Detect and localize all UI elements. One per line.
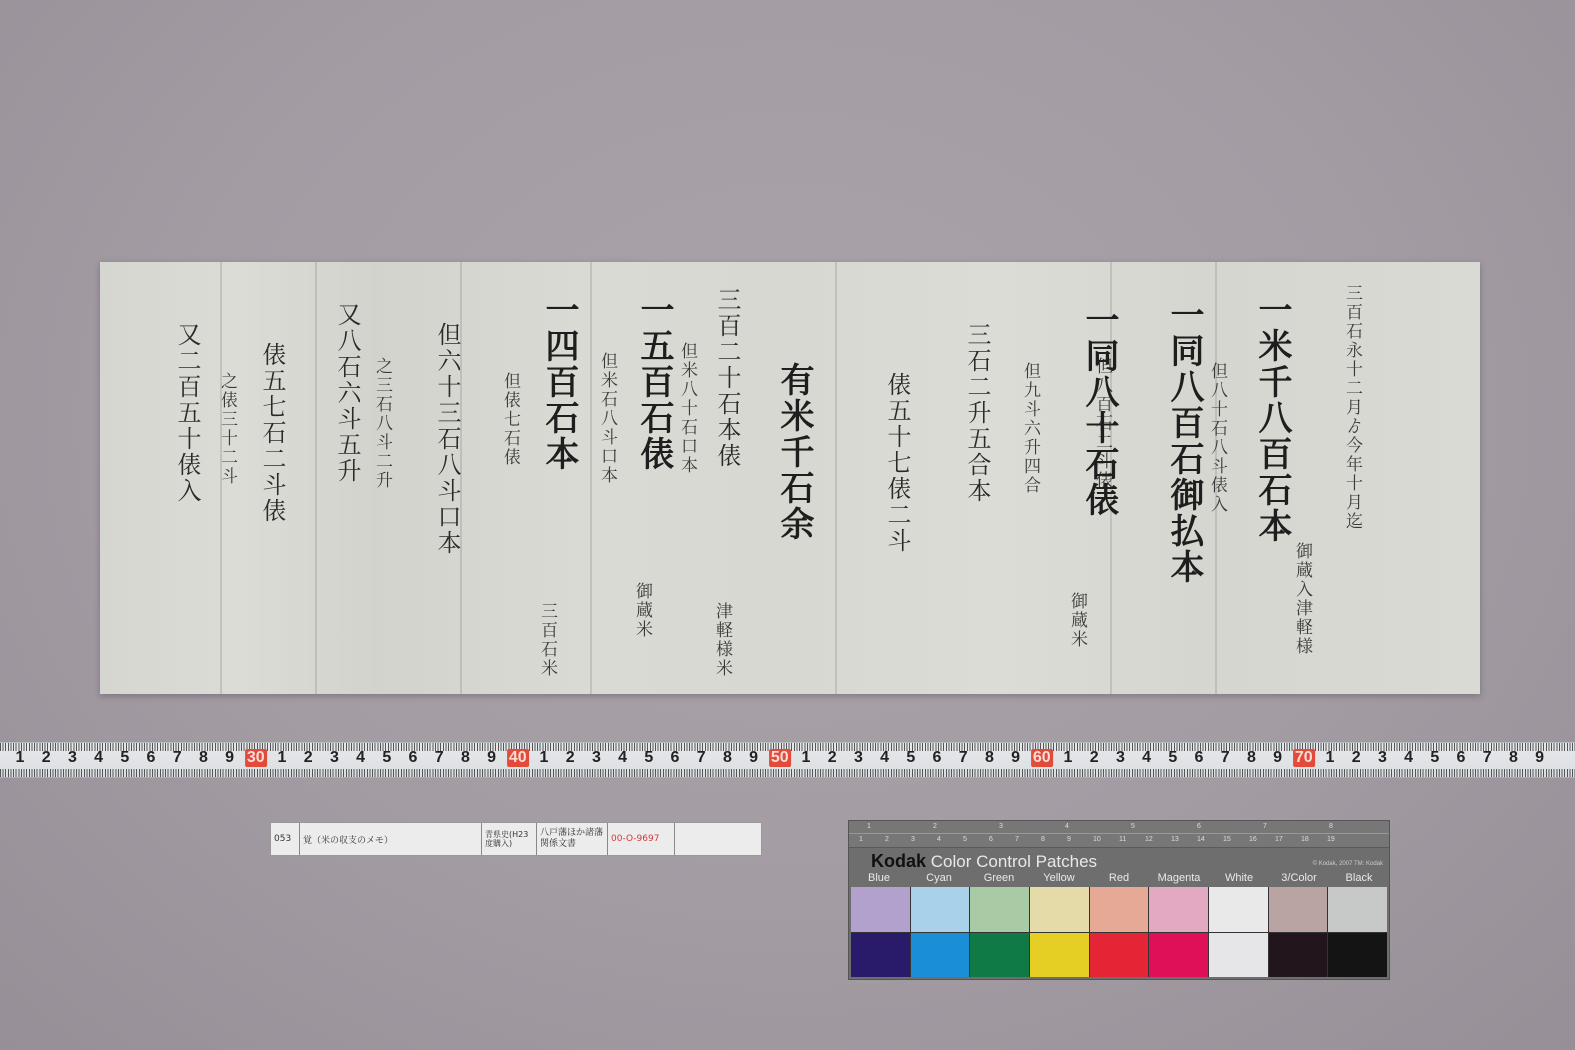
color-patch-blue-light: [851, 887, 910, 932]
color-card-copyright: © Kodak, 2007 TM: Kodak: [1313, 861, 1383, 867]
ruler-number: 7: [173, 749, 182, 767]
ruler-number: 9: [1011, 749, 1020, 767]
ruler-number: 4: [1142, 749, 1151, 767]
ruler-number: 8: [723, 749, 732, 767]
patch-label: Red: [1089, 872, 1149, 886]
catalog-collection: 八戸藩ほか諸藩関係文書: [537, 823, 608, 855]
catalog-id: 00-O-9697: [608, 823, 675, 855]
manuscript-column: 俵五七石二斗俵: [255, 342, 290, 524]
inch-mark: 4: [1065, 823, 1069, 830]
color-patch-yellow-dark: [1030, 933, 1089, 978]
color-patch-white-light: [1209, 887, 1268, 932]
ruler-number: 8: [1509, 749, 1518, 767]
manuscript-column: 之俵三十二斗: [215, 372, 240, 486]
ruler-number: 5: [906, 749, 915, 767]
manuscript-column: 御蔵米: [630, 582, 655, 639]
cm-mark: 5: [963, 836, 967, 843]
measuring-ruler: 1234567893012345678940123456789501234567…: [0, 742, 1575, 778]
ruler-number: 30: [245, 749, 267, 767]
patch-label: Black: [1329, 872, 1389, 886]
color-card-ruler: 1234567812345678910111213141516171819: [849, 821, 1389, 848]
manuscript-column: 三石二升五合本: [960, 322, 995, 504]
color-patch-black-light: [1328, 887, 1387, 932]
ruler-number: 8: [461, 749, 470, 767]
cm-mark: 18: [1301, 836, 1309, 843]
inch-mark: 7: [1263, 823, 1267, 830]
cm-mark: 19: [1327, 836, 1335, 843]
ruler-ticks-bottom: [0, 769, 1575, 777]
ruler-number: 9: [749, 749, 758, 767]
manuscript-column: 三百石永十二月ゟ今年十月迄: [1340, 284, 1365, 531]
manuscript-column: 三百石米: [535, 602, 560, 678]
color-patch-red-light: [1090, 887, 1149, 932]
ruler-number: 4: [356, 749, 365, 767]
ruler-number: 5: [382, 749, 391, 767]
color-patch-cyan-light: [911, 887, 970, 932]
catalog-title: 覚（米の収支のメモ）: [300, 823, 482, 855]
ruler-number: 5: [1430, 749, 1439, 767]
ruler-number: 6: [1457, 749, 1466, 767]
ruler-number: 2: [828, 749, 837, 767]
ruler-number: 9: [225, 749, 234, 767]
inch-mark: 2: [933, 823, 937, 830]
ruler-number: 4: [618, 749, 627, 767]
manuscript-column: 一五百石俵: [630, 292, 679, 472]
manuscript-column: 俵五十七俵二斗: [880, 372, 915, 554]
ruler-number: 9: [1535, 749, 1544, 767]
manuscript-column: 一同八十石俵: [1075, 302, 1124, 518]
ruler-number: 5: [120, 749, 129, 767]
fold-line: [590, 262, 592, 694]
ruler-number: 7: [1221, 749, 1230, 767]
kodak-color-card: 1234567812345678910111213141516171819 Ko…: [848, 820, 1390, 980]
manuscript-column: 但米石八斗口本: [595, 352, 620, 485]
ruler-number: 60: [1031, 749, 1053, 767]
catalog-blank-cell: [675, 823, 761, 855]
cm-mark: 14: [1197, 836, 1205, 843]
patch-label: Green: [969, 872, 1029, 886]
ruler-number: 1: [1064, 749, 1073, 767]
color-patches: [851, 887, 1387, 977]
ruler-number: 8: [199, 749, 208, 767]
color-patch-white-dark: [1209, 933, 1268, 978]
ruler-number: 7: [697, 749, 706, 767]
ruler-number: 7: [1483, 749, 1492, 767]
ruler-number: 8: [1247, 749, 1256, 767]
inch-mark: 1: [867, 823, 871, 830]
ruler-number: 2: [304, 749, 313, 767]
ruler-number: 6: [671, 749, 680, 767]
color-patch-blue-dark: [851, 933, 910, 978]
color-card-title: Kodak Color Control Patches: [871, 851, 1097, 872]
ruler-number: 2: [566, 749, 575, 767]
manuscript-column: 之三石八斗二升: [370, 357, 395, 490]
manuscript-document: 一米千八百石本三百石永十二月ゟ今年十月迄御蔵入津軽様但八十石八斗俵入一同八百石御…: [100, 262, 1480, 694]
inch-mark: 5: [1131, 823, 1135, 830]
inch-mark: 3: [999, 823, 1003, 830]
ruler-number: 3: [1378, 749, 1387, 767]
ruler-number: 1: [802, 749, 811, 767]
ruler-number: 7: [435, 749, 444, 767]
manuscript-column: 但俵七石俵: [498, 372, 523, 467]
ruler-number: 8: [985, 749, 994, 767]
ruler-number: 3: [854, 749, 863, 767]
color-card-subtitle: Color Control Patches: [931, 852, 1097, 871]
ruler-number: 50: [769, 749, 791, 767]
ruler-number: 5: [644, 749, 653, 767]
cm-mark: 12: [1145, 836, 1153, 843]
manuscript-column: 三百二十石本俵: [710, 287, 745, 469]
manuscript-column: 有米千石余: [770, 362, 819, 542]
kodak-brand: Kodak: [871, 851, 926, 871]
inch-mark: 6: [1197, 823, 1201, 830]
manuscript-column: 但六十三石八斗口本: [430, 322, 465, 556]
ruler-number: 4: [1404, 749, 1413, 767]
ruler-number: 1: [16, 749, 25, 767]
patch-label: Yellow: [1029, 872, 1089, 886]
ruler-number: 40: [507, 749, 529, 767]
manuscript-column: 御蔵入津軽様: [1290, 542, 1315, 656]
ruler-number: 6: [147, 749, 156, 767]
ruler-number: 6: [1195, 749, 1204, 767]
color-patch-red-dark: [1090, 933, 1149, 978]
color-patch-green-light: [970, 887, 1029, 932]
color-patch-magenta-dark: [1149, 933, 1208, 978]
cm-mark: 2: [885, 836, 889, 843]
manuscript-column: 又八石六斗五升: [330, 302, 365, 484]
ruler-number: 2: [1090, 749, 1099, 767]
cm-mark: 8: [1041, 836, 1045, 843]
cm-mark: 11: [1119, 836, 1126, 843]
cm-mark: 9: [1067, 836, 1071, 843]
patch-label: 3/Color: [1269, 872, 1329, 886]
color-patch-yellow-light: [1030, 887, 1089, 932]
ruler-number: 6: [933, 749, 942, 767]
inch-mark: 8: [1329, 823, 1333, 830]
cm-mark: 3: [911, 836, 915, 843]
cm-mark: 10: [1093, 836, 1101, 843]
manuscript-column: 津軽様米: [710, 602, 735, 678]
ruler-number: 4: [880, 749, 889, 767]
cm-mark: 1: [859, 836, 863, 843]
fold-line: [315, 262, 317, 694]
patch-label: Blue: [849, 872, 909, 886]
cm-mark: 16: [1249, 836, 1257, 843]
ruler-number: 7: [959, 749, 968, 767]
cm-mark: 17: [1275, 836, 1283, 843]
manuscript-column: 一同八百石御払本: [1160, 297, 1209, 585]
manuscript-column: 御蔵米: [1065, 592, 1090, 649]
ruler-number: 1: [1326, 749, 1335, 767]
catalog-number: 053: [271, 823, 300, 855]
catalog-label: 053 覚（米の収支のメモ） 青県史(H23度購入) 八戸藩ほか諸藩関係文書 0…: [270, 822, 762, 856]
ruler-number: 4: [94, 749, 103, 767]
ruler-number: 3: [592, 749, 601, 767]
ruler-number: 1: [540, 749, 549, 767]
manuscript-column: 一米千八百石本: [1248, 292, 1297, 544]
ruler-number: 9: [1273, 749, 1282, 767]
ruler-number: 3: [330, 749, 339, 767]
manuscript-column: 但九斗六升四合: [1018, 362, 1043, 495]
cm-mark: 13: [1171, 836, 1179, 843]
cm-mark: 6: [989, 836, 993, 843]
manuscript-column: 一四百石本: [535, 292, 584, 472]
ruler-number: 9: [487, 749, 496, 767]
color-patch-3-color-dark: [1269, 933, 1328, 978]
ruler-number: 70: [1293, 749, 1315, 767]
color-patch-cyan-dark: [911, 933, 970, 978]
fold-line: [835, 262, 837, 694]
catalog-source: 青県史(H23度購入): [482, 823, 537, 855]
ruler-number: 3: [1116, 749, 1125, 767]
manuscript-column: 又二百五十俵入: [170, 322, 205, 504]
ruler-number: 2: [42, 749, 51, 767]
ruler-number: 5: [1168, 749, 1177, 767]
ruler-number: 6: [409, 749, 418, 767]
cm-mark: 7: [1015, 836, 1019, 843]
patch-names: BlueCyanGreenYellowRedMagentaWhite3/Colo…: [849, 872, 1389, 886]
color-patch-green-dark: [970, 933, 1029, 978]
ruler-number: 1: [278, 749, 287, 767]
ruler-number: 3: [68, 749, 77, 767]
patch-label: Magenta: [1149, 872, 1209, 886]
color-patch-magenta-light: [1149, 887, 1208, 932]
ruler-number: 2: [1352, 749, 1361, 767]
patch-label: White: [1209, 872, 1269, 886]
cm-mark: 15: [1223, 836, 1231, 843]
cm-mark: 4: [937, 836, 941, 843]
color-patch-3-color-light: [1269, 887, 1328, 932]
color-patch-black-dark: [1328, 933, 1387, 978]
patch-label: Cyan: [909, 872, 969, 886]
